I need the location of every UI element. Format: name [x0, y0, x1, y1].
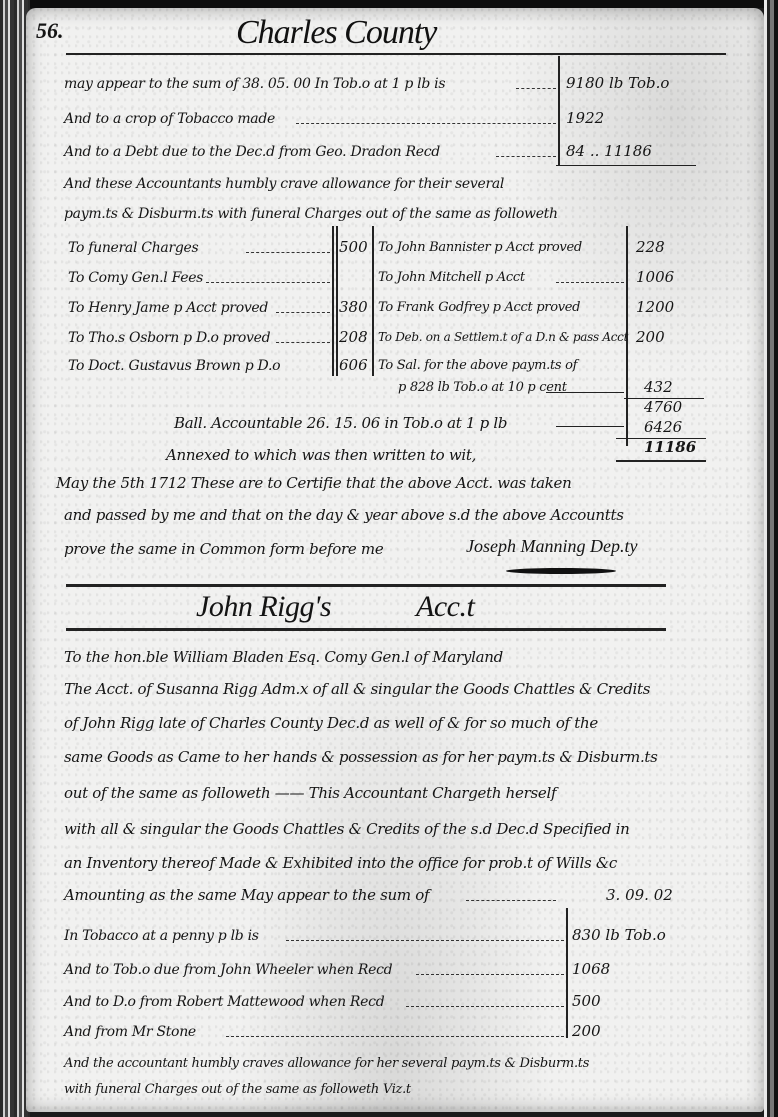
- right-entry-4: To Deb. on a Settlem.t of a D.n & pass A…: [378, 330, 628, 344]
- leader-dash: [516, 88, 556, 89]
- balance-line: Ball. Accountable 26. 15. 06 in Tob.o at…: [174, 414, 507, 432]
- right-entry-3: To Frank Godfrey p Acct proved: [378, 300, 580, 315]
- leader-dash: [286, 940, 564, 941]
- page-edge: [764, 0, 778, 1117]
- entry-amount-3: 500: [572, 992, 601, 1010]
- account-title-acct: Acc.t: [416, 590, 474, 624]
- entry-2: And to Tob.o due from John Wheeler when …: [64, 962, 392, 978]
- certificate-line-3: prove the same in Common form before me: [64, 540, 383, 558]
- balance-leader: [556, 426, 624, 427]
- certificate-line-1: May the 5th 1712 These are to Certifie t…: [56, 474, 571, 492]
- body-line-4: out of the same as followeth —— This Acc…: [64, 784, 556, 802]
- leader-dash: [276, 312, 330, 313]
- closing-line-2: with funeral Charges out of the same as …: [64, 1082, 411, 1097]
- balance-amount: 6426: [644, 418, 682, 436]
- closing-line-1: And the accountant humbly craves allowan…: [64, 1056, 589, 1071]
- entry-1: In Tobacco at a penny p lb is: [64, 928, 259, 944]
- address-line: To the hon.ble William Bladen Esq. Comy …: [64, 648, 503, 666]
- left-entry-2: To Comy Gen.l Fees: [68, 270, 203, 286]
- body-line-3: same Goods as Came to her hands & posses…: [64, 748, 658, 766]
- right-entry-2: To John Mitchell p Acct: [378, 270, 525, 285]
- leader-dash: [556, 282, 624, 283]
- body-line-2: of John Rigg late of Charles County Dec.…: [64, 714, 598, 732]
- total-double-rule: [616, 460, 706, 462]
- annexed-line: Annexed to which was then written to wit…: [166, 446, 476, 464]
- top-edge: [0, 0, 778, 8]
- account-line-3: And to a Debt due to the Dec.d from Geo.…: [64, 144, 440, 160]
- ledger-page: 56. Charles County may appear to the sum…: [26, 8, 764, 1112]
- leader-dash: [416, 974, 564, 975]
- left-amount-4: 208: [339, 328, 368, 346]
- account-title-name: John Rigg's: [196, 590, 331, 624]
- entries-column-rule: [566, 908, 568, 1038]
- left-entry-1: To funeral Charges: [68, 240, 198, 256]
- right-amount-2: 1006: [636, 268, 674, 286]
- leader-dash: [226, 1036, 564, 1037]
- left-entry-3: To Henry Jame p Acct proved: [68, 300, 268, 316]
- signature: Joseph Manning Dep.ty: [466, 536, 637, 557]
- leader-dash: [246, 252, 330, 253]
- entry-amount-4: 200: [572, 1022, 601, 1040]
- left-amount-1: 500: [339, 238, 368, 256]
- subtotal-amount: 4760: [644, 398, 682, 416]
- body-line-1: The Acct. of Susanna Rigg Adm.x of all &…: [64, 680, 650, 698]
- leader-dash: [466, 900, 556, 901]
- right-amount-1: 228: [636, 238, 665, 256]
- left-entry-5: To Doct. Gustavus Brown p D.o: [68, 358, 280, 374]
- leader-dash: [496, 156, 556, 157]
- amount-3: 84 .. 11186: [566, 142, 652, 160]
- leader-dash: [276, 342, 330, 343]
- body-line-5: with all & singular the Goods Chattles &…: [64, 820, 629, 838]
- section-rule-bottom: [66, 628, 666, 631]
- left-amount-5: 606: [339, 356, 368, 374]
- inventory-sum: 3. 09. 02: [606, 886, 673, 904]
- left-column-rule: [332, 226, 334, 376]
- page-number: 56.: [36, 18, 64, 44]
- account-line-2: And to a crop of Tobacco made: [64, 111, 275, 127]
- leader-dash: [206, 282, 330, 283]
- right-amount-4: 200: [636, 328, 665, 346]
- section-rule-top: [66, 584, 666, 587]
- left-entry-4: To Tho.s Osborn p D.o proved: [68, 330, 270, 346]
- right-amount-6: 432: [644, 378, 673, 396]
- page-header: Charles County: [236, 14, 436, 52]
- amount-1: 9180 lb Tob.o: [566, 74, 669, 92]
- right-entry-6: p 828 lb Tob.o at 10 p cent: [398, 380, 567, 395]
- amount-2: 1922: [566, 109, 604, 127]
- entry-amount-2: 1068: [572, 960, 610, 978]
- amount-column-rule: [558, 56, 560, 166]
- right-entry-1: To John Bannister p Acct proved: [378, 240, 582, 255]
- header-rule: [66, 53, 726, 55]
- total-amount: 11186: [644, 438, 696, 456]
- allowance-line-1: And these Accountants humbly crave allow…: [64, 176, 504, 192]
- entry-3: And to D.o from Robert Mattewood when Re…: [64, 994, 384, 1010]
- left-column-rule-inner: [336, 226, 338, 376]
- body-line-7: Amounting as the same May appear to the …: [64, 886, 429, 904]
- entry-4: And from Mr Stone: [64, 1024, 196, 1040]
- allowance-line-2: paym.ts & Disburm.ts with funeral Charge…: [64, 206, 558, 222]
- amount-rule: [556, 165, 696, 166]
- right-amount-3: 1200: [636, 298, 674, 316]
- body-line-6: an Inventory thereof Made & Exhibited in…: [64, 854, 617, 872]
- certificate-line-2: and passed by me and that on the day & y…: [64, 506, 624, 524]
- bracket-line: [546, 392, 624, 393]
- signature-flourish: [506, 568, 616, 574]
- right-entry-5: To Sal. for the above paym.ts of: [378, 358, 577, 373]
- left-amount-3: 380: [339, 298, 368, 316]
- leader-dash: [296, 123, 556, 124]
- entry-amount-1: 830 lb Tob.o: [572, 926, 666, 944]
- account-line-1: may appear to the sum of 38. 05. 00 In T…: [64, 76, 445, 92]
- leader-dash: [406, 1006, 564, 1007]
- middle-column-rule: [372, 226, 374, 376]
